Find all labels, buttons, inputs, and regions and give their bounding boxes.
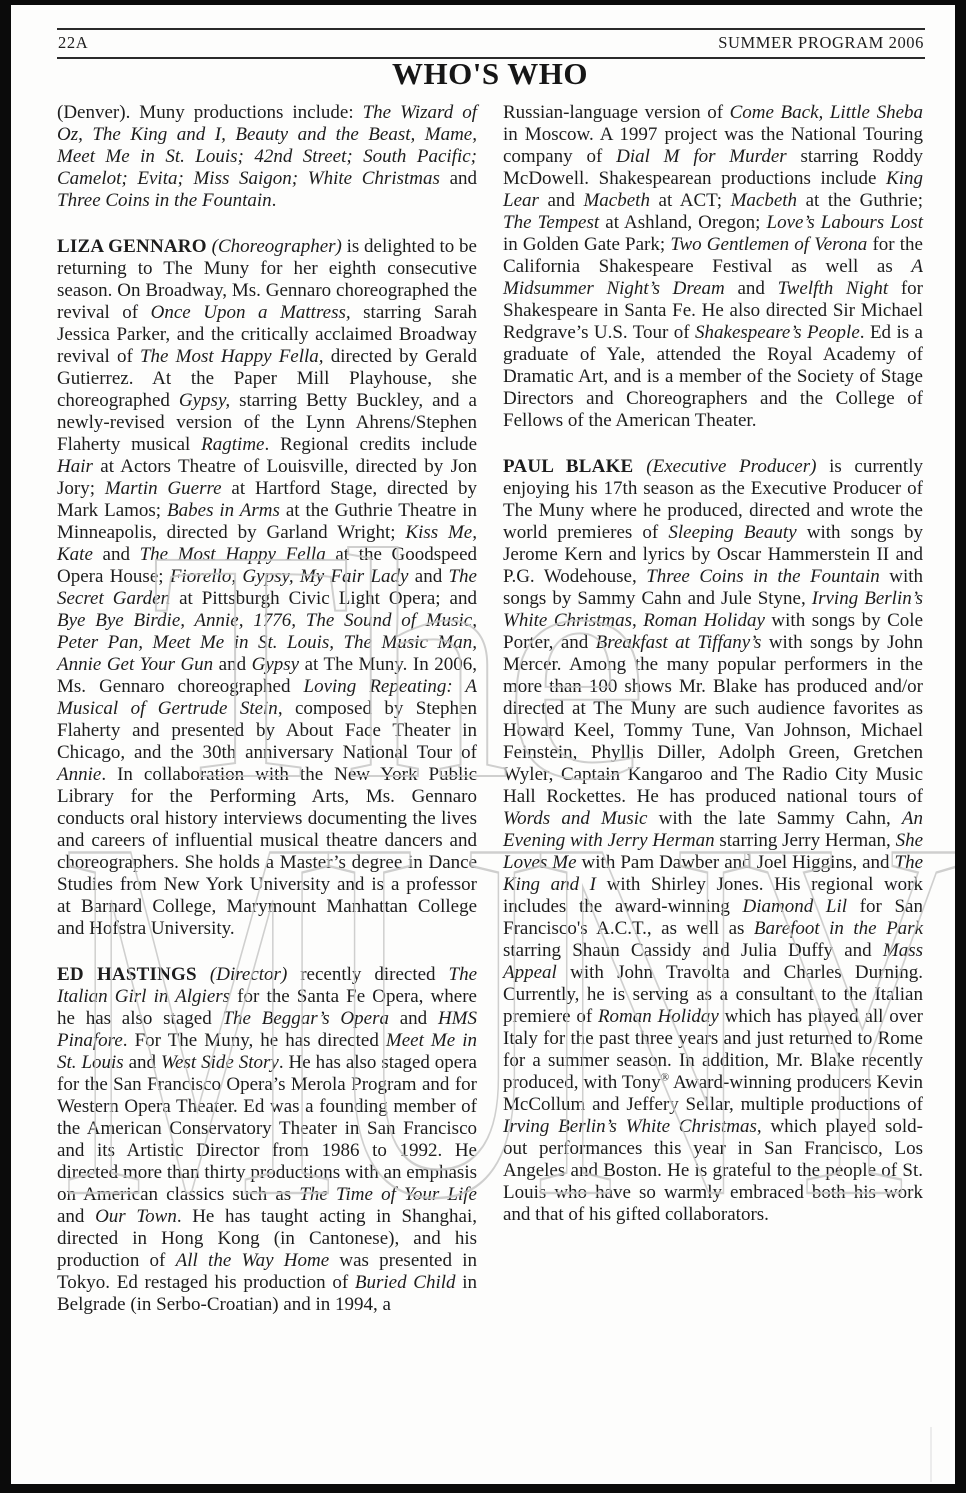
bio-paragraph: PAUL BLAKE (Executive Producer) is curre…: [503, 456, 923, 1226]
left-column: (Denver). Muny productions include: The …: [57, 102, 477, 1340]
bio-paragraph: ED HASTINGS (Director) recently directed…: [57, 964, 477, 1316]
scanned-page: 22A SUMMER PROGRAM 2006 WHO'S WHO (Denve…: [0, 0, 966, 1493]
scan-smudge: [930, 1427, 932, 1482]
page-title: WHO'S WHO: [57, 54, 923, 94]
page-number-label: 22A: [58, 33, 88, 53]
right-column: Russian-language version of Come Back, L…: [503, 102, 923, 1340]
bio-paragraph: (Denver). Muny productions include: The …: [57, 102, 477, 212]
bio-paragraph: LIZA GENNARO (Choreographer) is delighte…: [57, 236, 477, 940]
article-body: (Denver). Muny productions include: The …: [57, 102, 923, 1340]
bio-paragraph: Russian-language version of Come Back, L…: [503, 102, 923, 432]
program-name-label: SUMMER PROGRAM 2006: [718, 33, 924, 53]
